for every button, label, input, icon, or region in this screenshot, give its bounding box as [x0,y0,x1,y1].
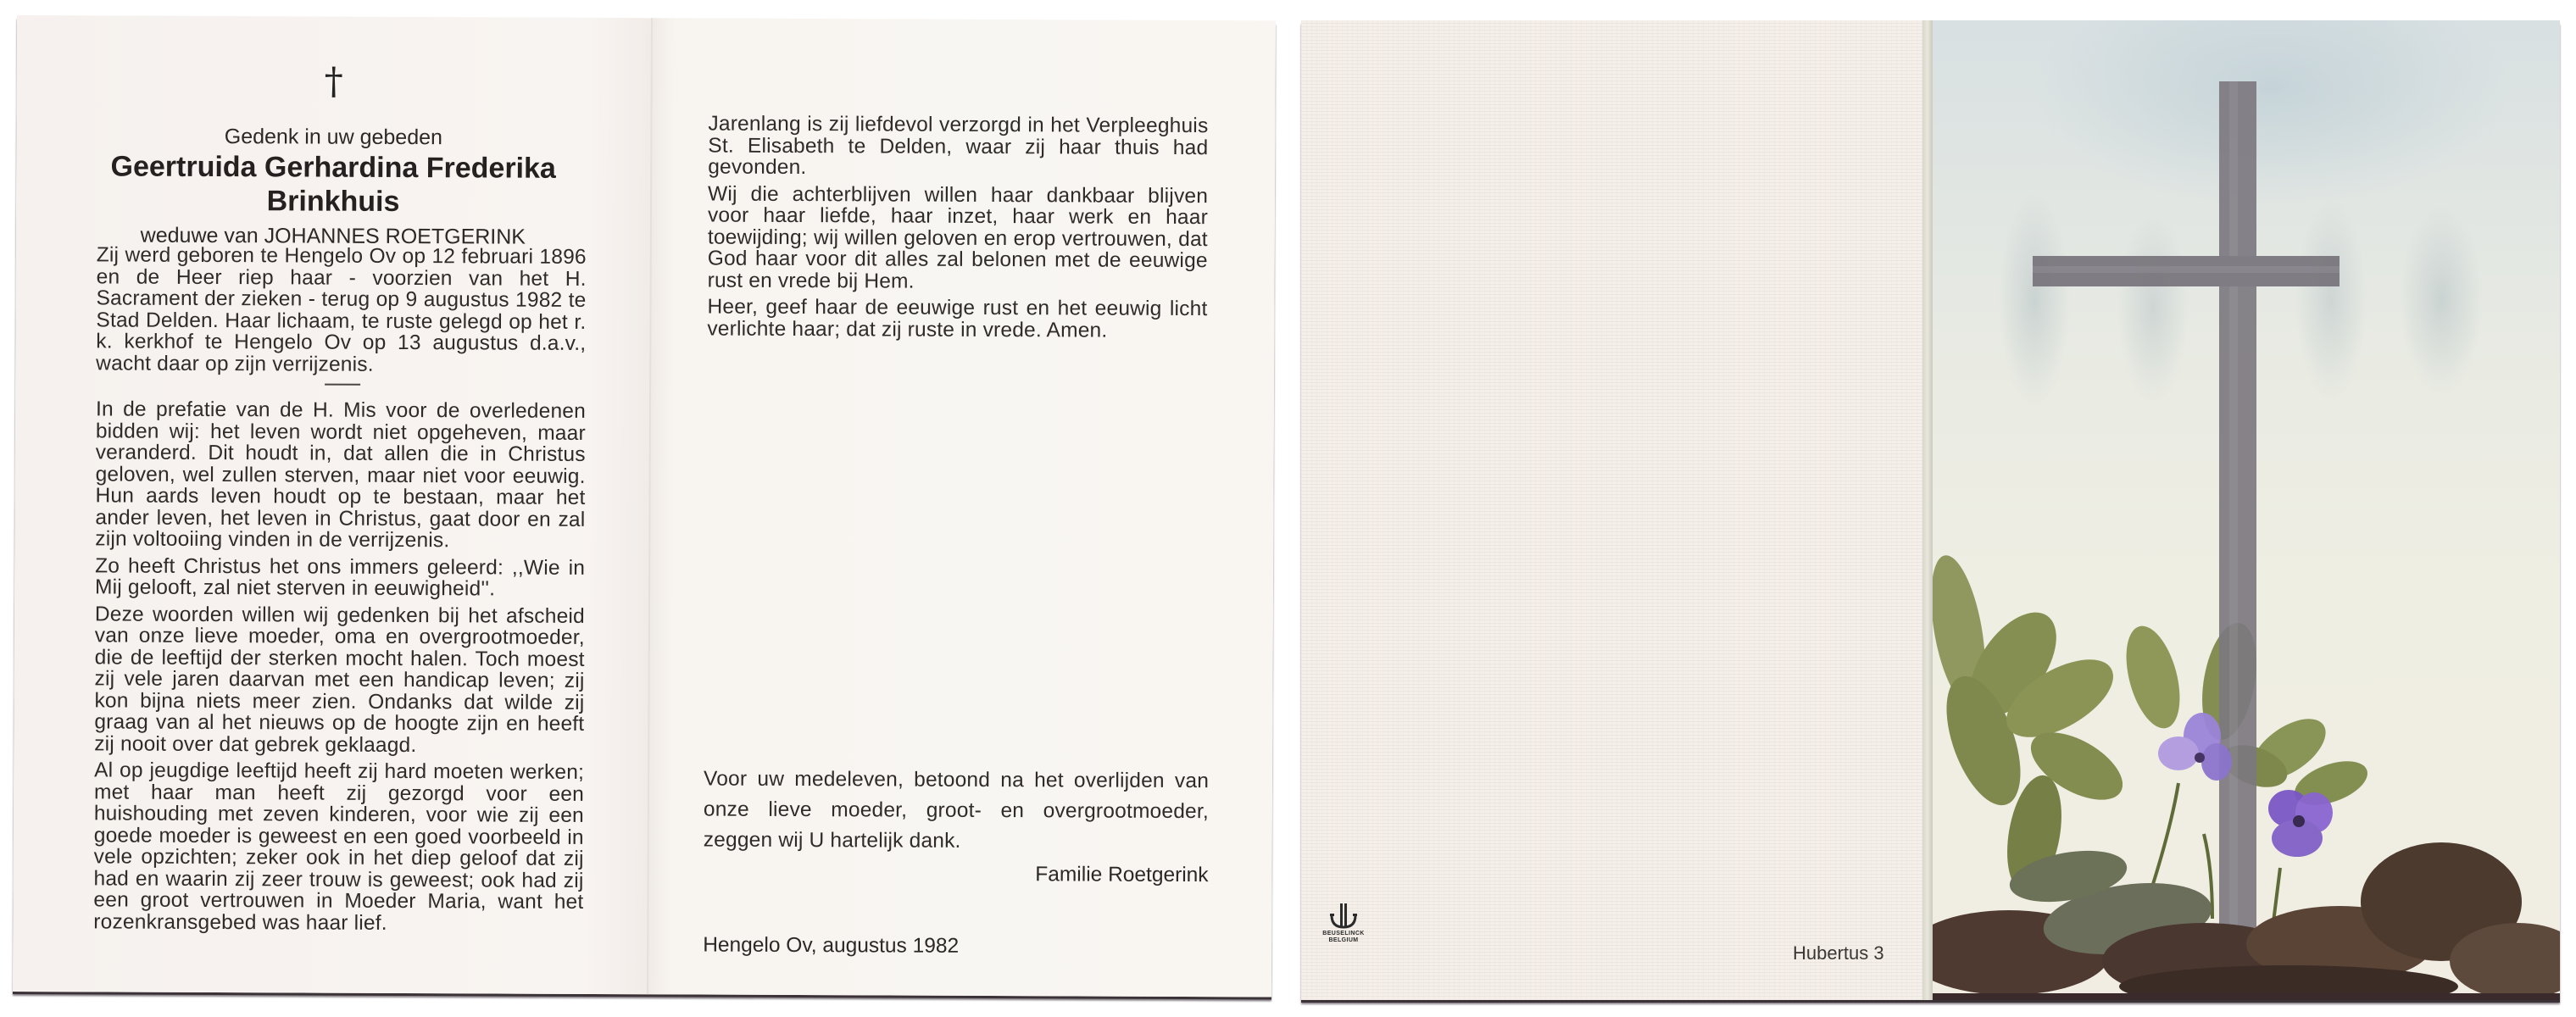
deceased-name: Geertruida Gerhardina Frederika Brinkhui… [16,149,650,220]
violet-flower [2268,790,2333,857]
left-page-body: In de prefatie van de H. Mis voor de ove… [93,398,586,940]
publisher-logo: BEUSELINCK BELGIUM [1318,902,1369,944]
beuselinck-logo-icon [1328,902,1359,931]
body-paragraph: Heer, geef haar de eeuwige rust en het e… [707,297,1207,342]
body-paragraph: Deze woorden willen wij gedenken bij het… [94,603,585,757]
place-and-date: Hengelo Ov, augustus 1982 [703,934,959,959]
body-paragraph: Zo heeft Christus het ons immers geleerd… [95,555,585,601]
left-page: † Gedenk in uw gebeden Geertruida Gerhar… [13,15,651,994]
publisher-name: BEUSELINCK [1318,931,1369,937]
thanks-text: Voor uw medeleven, betoond na het overli… [704,764,1209,859]
separator-dash [325,384,360,386]
right-page-body: Jarenlang is zij liefdevol verzorgd in h… [707,114,1208,347]
body-paragraph: In de prefatie van de H. Mis voor de ove… [95,398,586,552]
biography-text: Zij werd geboren te Hengelo Ov op 12 feb… [96,244,587,376]
deceased-surname: Brinkhuis [16,183,650,220]
memorial-card-inside: † Gedenk in uw gebeden Geertruida Gerhar… [13,15,1276,997]
biography-paragraph: Zij werd geboren te Hengelo Ov op 12 feb… [96,244,587,381]
cross-with-violets-illustration [1933,20,2560,1000]
cross-icon: † [17,62,651,102]
body-paragraph: Al op jeugdige leeftijd heeft zij hard m… [93,759,584,935]
spine-fold [1922,20,1933,1000]
card-model-label: Hubertus 3 [1793,942,1884,964]
body-paragraph: Wij die achterblijven willen haar dankba… [708,183,1209,293]
invocation-text: Gedenk in uw gebeden [16,124,650,150]
thanks-paragraph: Voor uw medeleven, betoond na het overli… [704,764,1209,864]
front-cover-photo [1933,20,2560,1000]
memorial-card-outside: BEUSELINCK BELGIUM Hubertus 3 [1301,20,2560,1000]
body-paragraph: Jarenlang is zij liefdevol verzorgd in h… [708,114,1208,181]
publisher-country: BELGIUM [1318,937,1369,944]
family-signature: Familie Roetgerink [704,862,1209,888]
deceased-given-names: Geertruida Gerhardina Frederika [16,149,650,186]
right-page: Jarenlang is zij liefdevol verzorgd in h… [647,18,1276,997]
back-cover: BEUSELINCK BELGIUM Hubertus 3 [1301,20,1922,1000]
